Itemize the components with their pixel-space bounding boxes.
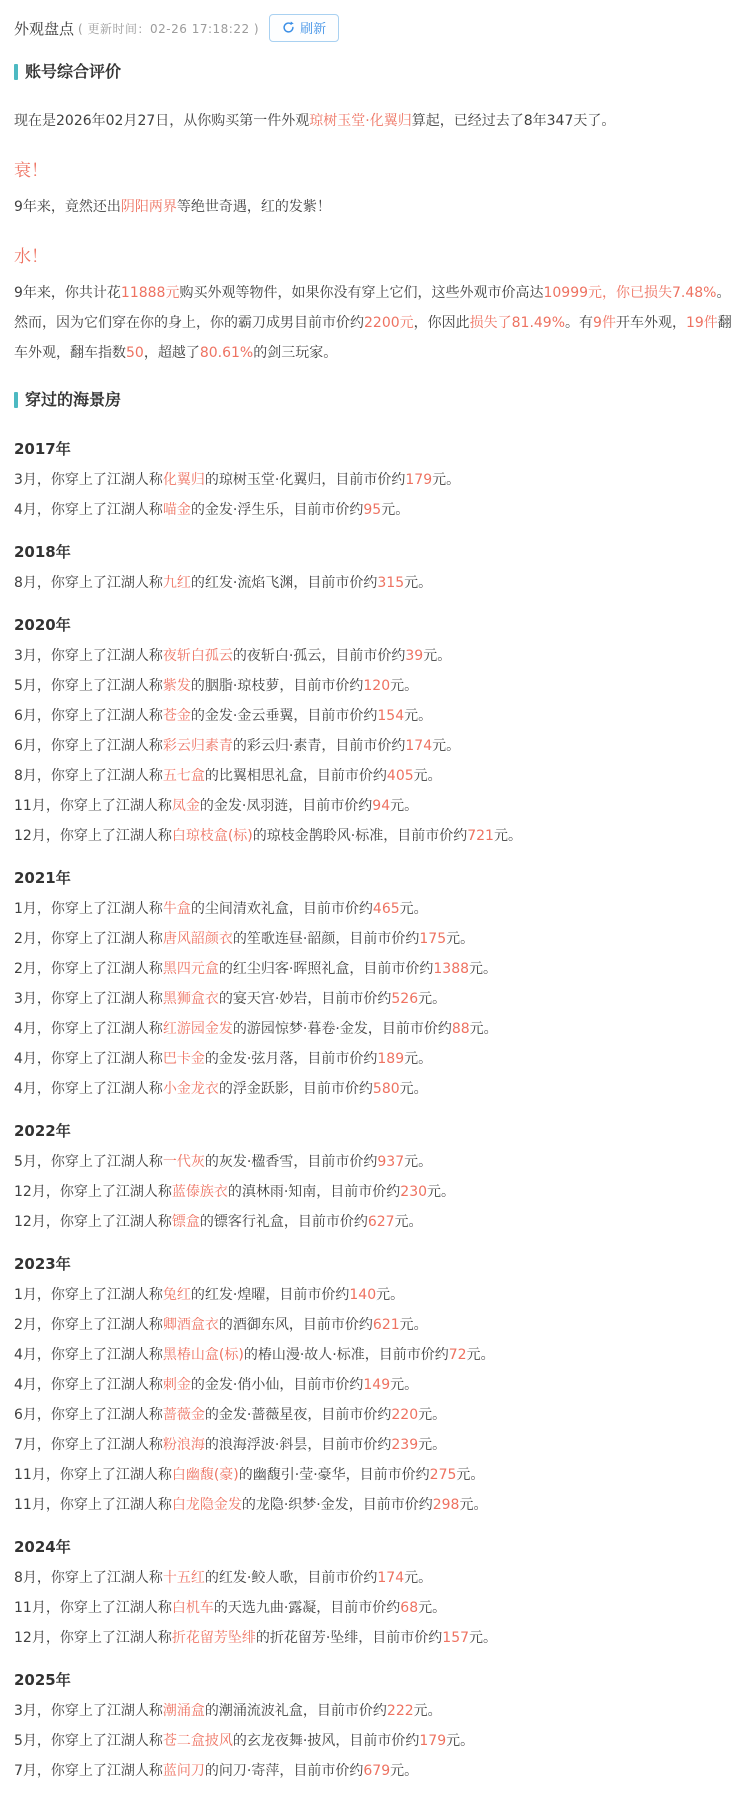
text-segment: 的幽馥引·莹·豪华，目前市价约 <box>239 1467 430 1483</box>
text-segment: 6月，你穿上了江湖人称 <box>14 1407 163 1423</box>
highlight-text: 174 <box>405 738 432 754</box>
text-segment: 2月，你穿上了江湖人称 <box>14 931 163 947</box>
year-header: 2025年 <box>14 1665 742 1695</box>
text-segment: 4月，你穿上了江湖人称 <box>14 1021 163 1037</box>
history-entry: 5月，你穿上了江湖人称一代灰的灰发·楹香雪，目前市价约937元。 <box>14 1147 742 1177</box>
highlight-text: 苍金 <box>163 708 191 724</box>
text-segment: 12月，你穿上了江湖人称 <box>14 1630 172 1646</box>
highlight-text: 189 <box>377 1051 404 1067</box>
text-segment: 元。 <box>390 798 418 814</box>
highlight-text: 94 <box>372 798 390 814</box>
highlight-text: 154 <box>377 708 404 724</box>
text-segment: 4月，你穿上了江湖人称 <box>14 1081 163 1097</box>
highlight-text: 红游园金发 <box>163 1021 233 1037</box>
highlight-text: 721 <box>467 828 494 844</box>
text-segment: 的问刀·寄萍，目前市价约 <box>205 1763 363 1779</box>
text-segment: 元。 <box>390 678 418 694</box>
refresh-label: 刷新 <box>300 18 326 37</box>
history-entry: 4月，你穿上了江湖人称巴卡金的金发·弦月落，目前市价约189元。 <box>14 1044 742 1074</box>
text-segment: 元。 <box>418 1437 446 1453</box>
highlight-text: 蓝问刀 <box>163 1763 205 1779</box>
text-segment: 元。 <box>390 1763 418 1779</box>
history-entry: 12月，你穿上了江湖人称白琼枝盒(标)的琼枝金鹊聆风·标准，目前市价约721元。 <box>14 821 742 851</box>
history-entry: 4月，你穿上了江湖人称红游园金发的游园惊梦·暮卷·金发，目前市价约88元。 <box>14 1014 742 1044</box>
text-segment: 的金发·凤羽涟，目前市价约 <box>200 798 372 814</box>
highlight-text: 潮涌盒 <box>163 1703 205 1719</box>
year-header: 2021年 <box>14 863 742 893</box>
text-segment: 元。 <box>459 1497 487 1513</box>
highlight-text: 157 <box>442 1630 469 1646</box>
highlight-text: 十五红 <box>163 1570 205 1586</box>
text-segment: 购买外观等物件，如果你没有穿上它们，这些外观市价高达 <box>179 285 543 301</box>
text-segment: 元。 <box>381 502 409 518</box>
highlight-text: 2200元 <box>364 315 414 331</box>
text-segment: 1月，你穿上了江湖人称 <box>14 901 163 917</box>
highlight-text: 黑椿山盒(标) <box>163 1347 244 1363</box>
text-segment: 2月，你穿上了江湖人称 <box>14 1317 163 1333</box>
highlight-text: 损失了81.49% <box>470 315 565 331</box>
text-segment: 元。 <box>404 1570 432 1586</box>
text-segment: 的浮金跃影，目前市价约 <box>219 1081 373 1097</box>
history-entry: 2月，你穿上了江湖人称黑四元盒的红尘归客·晖照礼盒，目前市价约1388元。 <box>14 954 742 984</box>
history-entry: 6月，你穿上了江湖人称彩云归素青的彩云归·素青，目前市价约174元。 <box>14 731 742 761</box>
text-segment: 1月，你穿上了江湖人称 <box>14 1287 163 1303</box>
text-segment: 元。 <box>404 1051 432 1067</box>
text-segment: 元。 <box>427 1184 455 1200</box>
highlight-text: 白机车 <box>172 1600 214 1616</box>
highlight-text: 239 <box>391 1437 418 1453</box>
text-segment: 11月，你穿上了江湖人称 <box>14 798 172 814</box>
highlight-text: 526 <box>391 991 418 1007</box>
text-segment: 元。 <box>418 1600 446 1616</box>
highlight-text: 白琼枝盒(标) <box>172 828 253 844</box>
text-segment: 元。 <box>414 768 442 784</box>
highlight-text: 621 <box>373 1317 400 1333</box>
history-entry: 6月，你穿上了江湖人称苍金的金发·金云垂翼，目前市价约154元。 <box>14 701 742 731</box>
text-segment: 元。 <box>494 828 522 844</box>
text-segment: 9年来，竟然还出 <box>14 199 121 215</box>
highlight-text: 喵金 <box>163 502 191 518</box>
history-entry: 4月，你穿上了江湖人称小金龙衣的浮金跃影，目前市价约580元。 <box>14 1074 742 1104</box>
text-segment: 的金发·弦月落，目前市价约 <box>205 1051 377 1067</box>
text-segment: 元。 <box>400 901 428 917</box>
text-segment: 的彩云归·素青，目前市价约 <box>233 738 405 754</box>
text-segment: 8月，你穿上了江湖人称 <box>14 1570 163 1586</box>
text-segment: 元。 <box>456 1467 484 1483</box>
text-segment: 开车外观， <box>616 315 686 331</box>
history-entry: 12月，你穿上了江湖人称镖盒的镖客行礼盒，目前市价约627元。 <box>14 1207 742 1237</box>
year-header: 2022年 <box>14 1116 742 1146</box>
text-segment: 的胭脂·琼枝萝，目前市价约 <box>191 678 363 694</box>
history-entry: 7月，你穿上了江湖人称粉浪海的浪海浮波·斜昙，目前市价约239元。 <box>14 1430 742 1460</box>
text-segment: 的剑三玩家。 <box>253 345 337 361</box>
history-entry: 11月，你穿上了江湖人称白幽馥(豪)的幽馥引·莹·豪华，目前市价约275元。 <box>14 1460 742 1490</box>
text-segment: 的宴天宫·妙岩，目前市价约 <box>219 991 391 1007</box>
highlight-text: 黑狮盒衣 <box>163 991 219 1007</box>
section-header-history-label: 穿过的海景房 <box>25 390 121 410</box>
history-entry: 4月，你穿上了江湖人称喵金的金发·浮生乐，目前市价约95元。 <box>14 495 742 525</box>
refresh-icon <box>282 21 295 34</box>
text-segment: 的红发·鲛人歌，目前市价约 <box>205 1570 377 1586</box>
highlight-text: 580 <box>373 1081 400 1097</box>
year-header: 2023年 <box>14 1249 742 1279</box>
text-segment: 7月，你穿上了江湖人称 <box>14 1763 163 1779</box>
text-segment: 的红发·流焰飞渊，目前市价约 <box>191 575 377 591</box>
highlight-text: 凤金 <box>172 798 200 814</box>
text-segment: 元。 <box>404 575 432 591</box>
text-segment: 元。 <box>467 1347 495 1363</box>
highlight-text: 蔷薇金 <box>163 1407 205 1423</box>
history-entry: 11月，你穿上了江湖人称凤金的金发·凤羽涟，目前市价约94元。 <box>14 791 742 821</box>
highlight-text: 阴阳两界 <box>121 199 177 215</box>
highlight-text: 140 <box>349 1287 376 1303</box>
text-segment: 的金发·金云垂翼，目前市价约 <box>191 708 377 724</box>
text-segment: 4月，你穿上了江湖人称 <box>14 1051 163 1067</box>
highlight-text: 174 <box>377 1570 404 1586</box>
history-entry: 11月，你穿上了江湖人称白龙隐金发的龙隐·织梦·金发，目前市价约298元。 <box>14 1490 742 1520</box>
section-header-evaluation: 账号综合评价 <box>14 62 742 82</box>
history-entry: 12月，你穿上了江湖人称蓝傣族衣的滇林雨·知南，目前市价约230元。 <box>14 1177 742 1207</box>
text-segment: 元。 <box>470 1021 498 1037</box>
year-header: 2017年 <box>14 434 742 464</box>
highlight-text: 465 <box>373 901 400 917</box>
highlight-text: 卿酒盒衣 <box>163 1317 219 1333</box>
text-segment: 元。 <box>418 991 446 1007</box>
text-segment: 9年来，你共计花 <box>14 285 121 301</box>
text-segment: 8月，你穿上了江湖人称 <box>14 575 163 591</box>
text-segment: 现在是2026年02月27日，从你购买第一件外观 <box>14 113 309 129</box>
text-segment: 元。 <box>376 1287 404 1303</box>
text-segment: 的琼树玉堂·化翼归，目前市价约 <box>205 472 405 488</box>
history-years: 2017年3月，你穿上了江湖人称化翼归的琼树玉堂·化翼归，目前市价约179元。4… <box>14 434 742 1786</box>
text-segment: 的天选九曲·露凝，目前市价约 <box>214 1600 400 1616</box>
highlight-text: 蓝傣族衣 <box>172 1184 228 1200</box>
history-entry: 5月，你穿上了江湖人称紫发的胭脂·琼枝萝，目前市价约120元。 <box>14 671 742 701</box>
text-segment: 4月，你穿上了江湖人称 <box>14 1377 163 1393</box>
text-segment: 元。 <box>432 472 460 488</box>
text-segment: 的折花留芳·坠绯，目前市价约 <box>256 1630 442 1646</box>
text-segment: 8月，你穿上了江湖人称 <box>14 768 163 784</box>
text-segment: 11月，你穿上了江湖人称 <box>14 1497 172 1513</box>
text-segment: 2月，你穿上了江湖人称 <box>14 961 163 977</box>
text-segment: 的尘间清欢礼盒，目前市价约 <box>191 901 373 917</box>
highlight-text: 1388 <box>433 961 469 977</box>
text-segment: 元。 <box>404 1154 432 1170</box>
year-header: 2020年 <box>14 610 742 640</box>
highlight-text: 179 <box>419 1733 446 1749</box>
text-segment: 的游园惊梦·暮卷·金发，目前市价约 <box>233 1021 452 1037</box>
highlight-text: 72 <box>449 1347 467 1363</box>
highlight-text: 一代灰 <box>163 1154 205 1170</box>
text-segment: 元。 <box>432 738 460 754</box>
text-segment: 元。 <box>423 648 451 664</box>
history-entry: 4月，你穿上了江湖人称刺金的金发·俏小仙，目前市价约149元。 <box>14 1370 742 1400</box>
history-entry: 1月，你穿上了江湖人称牛盒的尘间清欢礼盒，目前市价约465元。 <box>14 894 742 924</box>
highlight-text: 19件 <box>686 315 718 331</box>
update-time: ( 更新时间：02-26 17:18:22 ) <box>78 20 259 37</box>
highlight-text: 220 <box>391 1407 418 1423</box>
highlight-text: 刺金 <box>163 1377 191 1393</box>
text-segment: 7月，你穿上了江湖人称 <box>14 1437 163 1453</box>
text-segment: 3月，你穿上了江湖人称 <box>14 472 163 488</box>
text-segment: 算起，已经过去了8年347天了。 <box>412 113 616 129</box>
text-segment: ，你因此 <box>414 315 470 331</box>
text-segment: 的夜斩白·孤云，目前市价约 <box>233 648 405 664</box>
history-entry: 4月，你穿上了江湖人称黑椿山盒(标)的椿山漫·故人·标准，目前市价约72元。 <box>14 1340 742 1370</box>
text-segment: 12月，你穿上了江湖人称 <box>14 1184 172 1200</box>
highlight-text: 镖盒 <box>172 1214 200 1230</box>
text-segment: 元。 <box>390 1377 418 1393</box>
text-segment: 6月，你穿上了江湖人称 <box>14 708 163 724</box>
highlight-text: 95 <box>363 502 381 518</box>
text-segment: 5月，你穿上了江湖人称 <box>14 1154 163 1170</box>
highlight-text: 苍二盒披风 <box>163 1733 233 1749</box>
highlight-text: 9件 <box>593 315 616 331</box>
highlight-text: 白幽馥(豪) <box>172 1467 239 1483</box>
highlight-text: 298 <box>433 1497 460 1513</box>
text-segment: 3月，你穿上了江湖人称 <box>14 991 163 1007</box>
text-segment: 的红发·煌曜，目前市价约 <box>191 1287 349 1303</box>
highlight-text: 化翼归 <box>163 472 205 488</box>
text-segment: 5月，你穿上了江湖人称 <box>14 678 163 694</box>
highlight-text: 彩云归素青 <box>163 738 233 754</box>
highlight-text: 39 <box>405 648 423 664</box>
text-segment: 4月，你穿上了江湖人称 <box>14 502 163 518</box>
highlight-text: 315 <box>377 575 404 591</box>
history-entry: 8月，你穿上了江湖人称十五红的红发·鲛人歌，目前市价约174元。 <box>14 1563 742 1593</box>
text-segment: 6月，你穿上了江湖人称 <box>14 738 163 754</box>
section-bar <box>14 392 18 408</box>
section-header-history: 穿过的海景房 <box>14 390 742 410</box>
text-segment: 的镖客行礼盒，目前市价约 <box>200 1214 368 1230</box>
text-segment: 的琼枝金鹊聆风·标准，目前市价约 <box>253 828 467 844</box>
text-segment: 的酒御东风，目前市价约 <box>219 1317 373 1333</box>
highlight-text: 149 <box>363 1377 390 1393</box>
text-segment: 元。 <box>400 1317 428 1333</box>
topbar: 外观盘点 ( 更新时间：02-26 17:18:22 ) 刷新 <box>14 14 742 42</box>
history-entry: 3月，你穿上了江湖人称夜斩白孤云的夜斩白·孤云，目前市价约39元。 <box>14 641 742 671</box>
text-segment: 3月，你穿上了江湖人称 <box>14 1703 163 1719</box>
text-segment: 4月，你穿上了江湖人称 <box>14 1347 163 1363</box>
text-segment: 的金发·蔷薇星夜，目前市价约 <box>205 1407 391 1423</box>
text-segment: 的比翼相思礼盒，目前市价约 <box>205 768 387 784</box>
highlight-text: 627 <box>368 1214 395 1230</box>
text-segment: 12月，你穿上了江湖人称 <box>14 1214 172 1230</box>
highlight-text: 黑四元盒 <box>163 961 219 977</box>
section-header-evaluation-label: 账号综合评价 <box>25 62 121 82</box>
highlight-text: 179 <box>405 472 432 488</box>
text-segment: 3月，你穿上了江湖人称 <box>14 648 163 664</box>
decline-text: 9年来，竟然还出阴阳两界等绝世奇遇，红的发紫！ <box>14 192 742 222</box>
text-segment: 。有 <box>565 315 593 331</box>
highlight-text: 五七盒 <box>163 768 205 784</box>
year-header: 2018年 <box>14 537 742 567</box>
text-segment: 元。 <box>418 1407 446 1423</box>
history-entry: 3月，你穿上了江湖人称化翼归的琼树玉堂·化翼归，目前市价约179元。 <box>14 465 742 495</box>
decline-title: 衰！ <box>14 158 742 184</box>
highlight-text: 68 <box>400 1600 418 1616</box>
section-bar <box>14 64 18 80</box>
highlight-text: 80.61% <box>200 345 253 361</box>
text-segment: 的浪海浮波·斜昙，目前市价约 <box>205 1437 391 1453</box>
highlight-text: 九红 <box>163 575 191 591</box>
water-text: 9年来，你共计花11888元购买外观等物件，如果你没有穿上它们，这些外观市价高达… <box>14 278 742 368</box>
history-entry: 3月，你穿上了江湖人称潮涌盒的潮涌流波礼盒，目前市价约222元。 <box>14 1696 742 1726</box>
text-segment: 元。 <box>446 931 474 947</box>
text-segment: 的龙隐·织梦·金发，目前市价约 <box>242 1497 433 1513</box>
history-entry: 1月，你穿上了江湖人称兔红的红发·煌曜，目前市价约140元。 <box>14 1280 742 1310</box>
history-entry: 12月，你穿上了江湖人称折花留芳坠绯的折花留芳·坠绯，目前市价约157元。 <box>14 1623 742 1653</box>
text-segment: 的滇林雨·知南，目前市价约 <box>228 1184 400 1200</box>
text-segment: 的椿山漫·故人·标准，目前市价约 <box>244 1347 449 1363</box>
highlight-text: 小金龙衣 <box>163 1081 219 1097</box>
history-entry: 2月，你穿上了江湖人称卿酒盒衣的酒御东风，目前市价约621元。 <box>14 1310 742 1340</box>
highlight-text: 679 <box>363 1763 390 1779</box>
highlight-text: 折花留芳坠绯 <box>172 1630 256 1646</box>
highlight-text: 50 <box>126 345 144 361</box>
highlight-text: 牛盒 <box>163 901 191 917</box>
refresh-button[interactable]: 刷新 <box>269 14 339 42</box>
text-segment: 11月，你穿上了江湖人称 <box>14 1467 172 1483</box>
text-segment: 元。 <box>400 1081 428 1097</box>
highlight-text: 巴卡金 <box>163 1051 205 1067</box>
highlight-text: 120 <box>363 678 390 694</box>
highlight-text: 937 <box>377 1154 404 1170</box>
text-segment: 元。 <box>395 1214 423 1230</box>
text-segment: 的潮涌流波礼盒，目前市价约 <box>205 1703 387 1719</box>
text-segment: 5月，你穿上了江湖人称 <box>14 1733 163 1749</box>
text-segment: 元。 <box>404 708 432 724</box>
highlight-text: 88 <box>452 1021 470 1037</box>
highlight-text: 11888元 <box>121 285 180 301</box>
text-segment: 11月，你穿上了江湖人称 <box>14 1600 172 1616</box>
text-segment: 等绝世奇遇，红的发紫！ <box>177 199 331 215</box>
highlight-text: 兔红 <box>163 1287 191 1303</box>
highlight-text: 10999元，你已损失7.48% <box>543 285 716 301</box>
history-entry: 7月，你穿上了江湖人称蓝问刀的问刀·寄萍，目前市价约679元。 <box>14 1756 742 1786</box>
text-segment: 的金发·俏小仙，目前市价约 <box>191 1377 363 1393</box>
history-entry: 3月，你穿上了江湖人称黑狮盒衣的宴天宫·妙岩，目前市价约526元。 <box>14 984 742 1014</box>
text-segment: 12月，你穿上了江湖人称 <box>14 828 172 844</box>
highlight-text: 紫发 <box>163 678 191 694</box>
year-header: 2024年 <box>14 1532 742 1562</box>
highlight-text: 275 <box>430 1467 457 1483</box>
history-entry: 2月，你穿上了江湖人称唐风韶颜衣的笙歌连昼·韶颜，目前市价约175元。 <box>14 924 742 954</box>
highlight-text: 175 <box>419 931 446 947</box>
highlight-text: 230 <box>400 1184 427 1200</box>
history-entry: 6月，你穿上了江湖人称蔷薇金的金发·蔷薇星夜，目前市价约220元。 <box>14 1400 742 1430</box>
text-segment: 元。 <box>414 1703 442 1719</box>
text-segment: 的灰发·楹香雪，目前市价约 <box>205 1154 377 1170</box>
text-segment: 元。 <box>446 1733 474 1749</box>
evaluation-intro: 现在是2026年02月27日，从你购买第一件外观琼树玉堂·化翼归算起，已经过去了… <box>14 106 742 136</box>
highlight-text: 琼树玉堂·化翼归 <box>309 113 411 129</box>
page: 外观盘点 ( 更新时间：02-26 17:18:22 ) 刷新 账号综合评价 现… <box>0 0 756 1806</box>
text-segment: 元。 <box>469 961 497 977</box>
text-segment: 的笙歌连昼·韶颜，目前市价约 <box>233 931 419 947</box>
highlight-text: 唐风韶颜衣 <box>163 931 233 947</box>
highlight-text: 405 <box>387 768 414 784</box>
history-entry: 5月，你穿上了江湖人称苍二盒披风的玄龙夜舞·披风，目前市价约179元。 <box>14 1726 742 1756</box>
text-segment: 的红尘归客·晖照礼盒，目前市价约 <box>219 961 433 977</box>
highlight-text: 粉浪海 <box>163 1437 205 1453</box>
text-segment: 的玄龙夜舞·披风，目前市价约 <box>233 1733 419 1749</box>
history-entry: 11月，你穿上了江湖人称白机车的天选九曲·露凝，目前市价约68元。 <box>14 1593 742 1623</box>
highlight-text: 222 <box>387 1703 414 1719</box>
highlight-text: 夜斩白孤云 <box>163 648 233 664</box>
text-segment: ，超越了 <box>144 345 200 361</box>
text-segment: 的金发·浮生乐，目前市价约 <box>191 502 363 518</box>
highlight-text: 白龙隐金发 <box>172 1497 242 1513</box>
page-title: 外观盘点 <box>14 18 74 39</box>
water-title: 水！ <box>14 244 742 270</box>
history-entry: 8月，你穿上了江湖人称九红的红发·流焰飞渊，目前市价约315元。 <box>14 568 742 598</box>
history-entry: 8月，你穿上了江湖人称五七盒的比翼相思礼盒，目前市价约405元。 <box>14 761 742 791</box>
text-segment: 元。 <box>469 1630 497 1646</box>
